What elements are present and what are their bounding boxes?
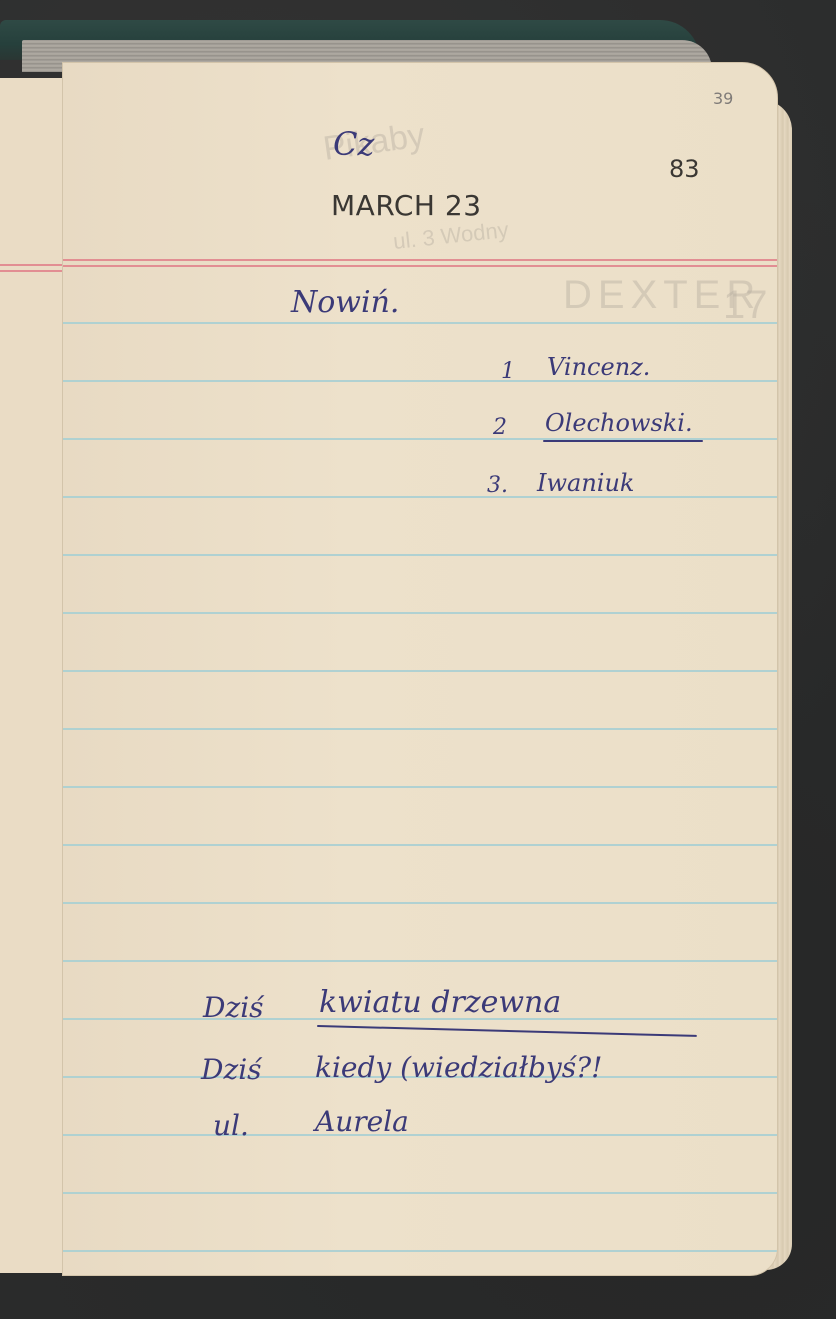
note-prefix: Dziś xyxy=(201,1053,262,1086)
blue-rule xyxy=(63,322,778,324)
red-rule xyxy=(63,259,778,261)
notebook-page: Pikaby ul. 3 Wodny DEXTER 17 39 Cz 83 MA… xyxy=(62,62,778,1276)
blue-rule xyxy=(63,496,778,498)
blue-rule xyxy=(63,960,778,962)
list-item-number: 1 xyxy=(501,359,515,384)
blue-rule xyxy=(63,670,778,672)
blue-rule xyxy=(63,612,778,614)
blue-rule xyxy=(63,1250,778,1252)
underline-mark xyxy=(317,1025,697,1037)
list-item-text: Vincenz. xyxy=(547,353,650,381)
red-rule xyxy=(0,270,64,272)
note-text: kwiatu drzewna xyxy=(319,985,561,1020)
handwritten-heading: Nowiń. xyxy=(291,285,399,320)
underline-mark xyxy=(543,440,703,442)
note-prefix: Dziś xyxy=(203,991,264,1024)
blue-rule xyxy=(63,902,778,904)
handwritten-day: Cz xyxy=(333,125,374,163)
note-prefix: ul. xyxy=(213,1109,249,1142)
blue-rule xyxy=(63,786,778,788)
list-item-number: 3. xyxy=(487,473,508,498)
red-rule xyxy=(0,264,64,266)
pencil-page-number: 39 xyxy=(713,89,733,108)
bleed-through-text: ul. 3 Wodny xyxy=(392,217,510,255)
red-rule xyxy=(63,265,778,267)
note-text: kiedy (wiedziałbyś?! xyxy=(315,1051,602,1084)
left-page-strip xyxy=(0,78,64,1273)
blue-rule xyxy=(63,380,778,382)
blue-rule xyxy=(63,844,778,846)
blue-rule xyxy=(63,1192,778,1194)
printed-date: MARCH 23 xyxy=(331,189,482,222)
day-of-year: 83 xyxy=(669,155,700,183)
blue-rule xyxy=(63,1134,778,1136)
blue-rule xyxy=(63,728,778,730)
note-text: Aurela xyxy=(315,1105,409,1138)
list-item-text: Iwaniuk xyxy=(537,469,634,497)
list-item-text: Olechowski. xyxy=(545,409,693,437)
list-item-number: 2 xyxy=(493,415,507,440)
blue-rule xyxy=(63,554,778,556)
